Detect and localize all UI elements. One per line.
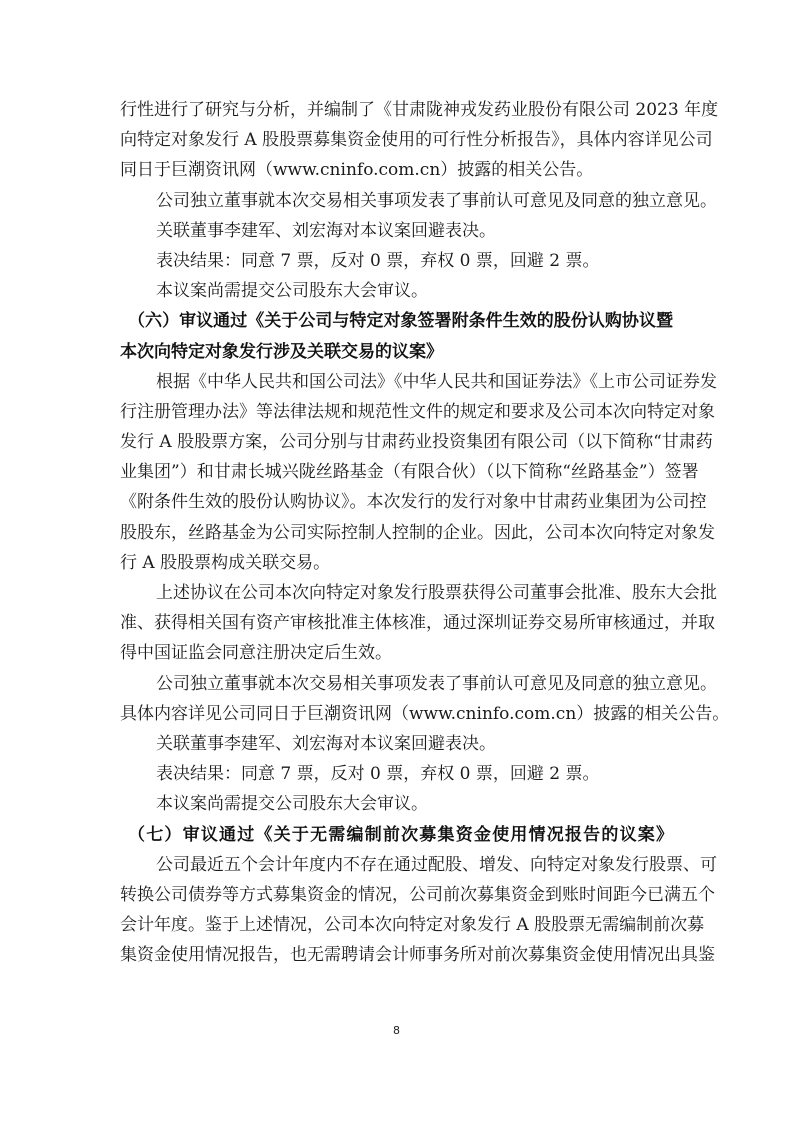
paragraph-line: 表决结果：同意 7 票，反对 0 票，弃权 0 票，回避 2 票。 bbox=[120, 759, 673, 789]
paragraph-line: 向特定对象发行 A 股股票募集资金使用的可行性分析报告》，具体内容详见公司 bbox=[120, 125, 673, 155]
paragraph-line: 根据《中华人民共和国公司法》《中华人民共和国证券法》《上市公司证券发 bbox=[120, 367, 673, 397]
paragraph-line: 集资金使用情况报告，也无需聘请会计师事务所对前次募集资金使用情况出具鉴 bbox=[120, 940, 673, 970]
paragraph-line: 准、获得相关国有资产审核批准主体核准，通过深圳证券交易所审核通过，并取 bbox=[120, 608, 673, 638]
paragraph-line: 行 A 股股票构成关联交易。 bbox=[120, 548, 673, 578]
section-heading-line: （七）审议通过《关于无需编制前次募集资金使用情况报告的议案》 bbox=[120, 820, 673, 850]
paragraph-line: 得中国证监会同意注册决定后生效。 bbox=[120, 638, 673, 668]
paragraph-line: 股股东，丝路基金为公司实际控制人控制的企业。因此，公司本次向特定对象发 bbox=[120, 518, 673, 548]
document-body: 行性进行了研究与分析，并编制了《甘肃陇神戎发药业股份有限公司 2023 年度 向… bbox=[120, 95, 673, 970]
paragraph-line: 会计年度。鉴于上述情况，公司本次向特定对象发行 A 股股票无需编制前次募 bbox=[120, 910, 673, 940]
paragraph-line: 关联董事李建军、刘宏海对本议案回避表决。 bbox=[120, 216, 673, 246]
paragraph-line: 行性进行了研究与分析，并编制了《甘肃陇神戎发药业股份有限公司 2023 年度 bbox=[120, 95, 673, 125]
paragraph-line: 同日于巨潮资讯网（www.cninfo.com.cn）披露的相关公告。 bbox=[120, 155, 673, 185]
paragraph-line: 公司独立董事就本次交易相关事项发表了事前认可意见及同意的独立意见。 bbox=[120, 669, 673, 699]
section-heading-line: （六）审议通过《关于公司与特定对象签署附条件生效的股份认购协议暨 bbox=[120, 306, 673, 336]
paragraph-line: 发行 A 股股票方案，公司分别与甘肃药业投资集团有限公司（以下简称“甘肃药 bbox=[120, 427, 673, 457]
section-heading-line: 本次向特定对象发行涉及关联交易的议案》 bbox=[120, 337, 673, 367]
paragraph-line: 行注册管理办法》等法律法规和规范性文件的规定和要求及公司本次向特定对象 bbox=[120, 397, 673, 427]
paragraph-line: 业集团”）和甘肃长城兴陇丝路基金（有限合伙）（以下简称“丝路基金”）签署 bbox=[120, 457, 673, 487]
document-page: 行性进行了研究与分析，并编制了《甘肃陇神戎发药业股份有限公司 2023 年度 向… bbox=[0, 0, 793, 1122]
paragraph-line: 关联董事李建军、刘宏海对本议案回避表决。 bbox=[120, 729, 673, 759]
paragraph-line: 公司独立董事就本次交易相关事项发表了事前认可意见及同意的独立意见。 bbox=[120, 186, 673, 216]
paragraph-line: 本议案尚需提交公司股东大会审议。 bbox=[120, 789, 673, 819]
paragraph-line: 具体内容详见公司同日于巨潮资讯网（www.cninfo.com.cn）披露的相关… bbox=[120, 699, 673, 729]
paragraph-line: 表决结果：同意 7 票，反对 0 票，弃权 0 票，回避 2 票。 bbox=[120, 246, 673, 276]
paragraph-line: 《附条件生效的股份认购协议》。本次发行的发行对象中甘肃药业集团为公司控 bbox=[120, 487, 673, 517]
paragraph-line: 公司最近五个会计年度内不存在通过配股、增发、向特定对象发行股票、可 bbox=[120, 850, 673, 880]
paragraph-line: 转换公司债券等方式募集资金的情况，公司前次募集资金到账时间距今已满五个 bbox=[120, 880, 673, 910]
paragraph-line: 上述协议在公司本次向特定对象发行股票获得公司董事会批准、股东大会批 bbox=[120, 578, 673, 608]
paragraph-line: 本议案尚需提交公司股东大会审议。 bbox=[120, 276, 673, 306]
page-number: 8 bbox=[0, 1024, 793, 1037]
